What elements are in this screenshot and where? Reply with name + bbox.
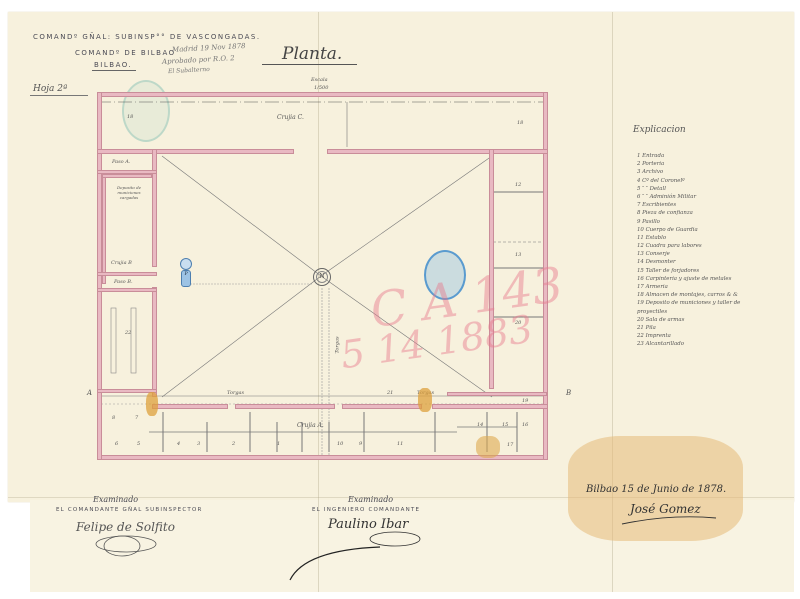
well-basin: P xyxy=(181,270,191,287)
label-deposito: Deposito de municiones cargadas xyxy=(109,185,149,200)
legend-item: 12 Cuadra para labores xyxy=(637,242,740,250)
room-number: 8 xyxy=(112,415,115,421)
plan-title: Planta. xyxy=(282,44,342,64)
room-number: 21 xyxy=(387,390,393,396)
deposito-wall xyxy=(102,174,106,284)
room-number: 6 xyxy=(115,441,118,447)
stain xyxy=(418,388,432,412)
deposito-wall xyxy=(102,174,152,178)
stain xyxy=(476,436,500,458)
crujia-a-wall xyxy=(432,404,548,409)
legend-item: 11 Establo xyxy=(637,234,740,242)
section-mark-a: A xyxy=(87,389,92,397)
room-number: 13 xyxy=(515,252,521,258)
legend-item: 21 Pila xyxy=(637,324,740,332)
legend-item: 19 Deposito de municiones y taller de xyxy=(637,299,740,307)
sheet-number: Hoja 2ª xyxy=(33,84,67,94)
legend-item: 4 Cº del Coronelº xyxy=(637,177,740,185)
room-number: 18 xyxy=(127,114,133,120)
underline xyxy=(92,70,136,71)
left-wing-inner-wall xyxy=(152,287,157,397)
left-signatory-role: EL COMANDANTE GÑAL SUBINSPECTOR xyxy=(56,507,203,513)
room-number: 18 xyxy=(517,120,523,126)
date-line: Bilbao 15 de Junio de 1878. xyxy=(586,484,726,495)
section-mark-b: B xyxy=(566,389,571,397)
legend-item: 15 Taller de forjadores xyxy=(637,267,740,275)
room-number: 10 xyxy=(337,441,343,447)
paso-b-wall xyxy=(97,272,157,276)
sheet-underline xyxy=(30,95,88,96)
label-paso-a: Paso A. xyxy=(112,159,131,165)
room-number: 9 xyxy=(359,441,362,447)
room-number: 15 xyxy=(502,422,508,428)
legend-list: 1 Entrada 2 Porteria 3 Archivo 4 Cº del … xyxy=(637,152,740,349)
room-number: 11 xyxy=(397,441,403,447)
legend-item: 6 ″ ″ Adminión Militar xyxy=(637,193,740,201)
legend-item: 9 Pasillo xyxy=(637,218,740,226)
legend-item: 7 Escribientes xyxy=(637,201,740,209)
legend-item: 10 Cuerpo de Guardia xyxy=(637,226,740,234)
legend-item: 13 Conserje xyxy=(637,250,740,258)
legend-item: 1 Entrada xyxy=(637,152,740,160)
legend-item: 5 ″ ″ Detall xyxy=(637,185,740,193)
scale-label: Escala xyxy=(311,77,328,83)
legend-item: 14 Desmonter xyxy=(637,258,740,266)
left-signature-flourish xyxy=(86,530,166,560)
label-crujia-a: Crujia A. xyxy=(297,422,324,429)
legend-item: 16 Carpinteria y ajuste de metales xyxy=(637,275,740,283)
crujia-a-wall xyxy=(342,404,422,409)
scale-value: 1/500 xyxy=(314,85,328,91)
room-number: 5 xyxy=(137,441,140,447)
header-city: BILBAO. xyxy=(94,61,132,69)
room-number: 14 xyxy=(477,422,483,428)
left-wing-inner-wall xyxy=(152,149,157,267)
compass-north-mark: N xyxy=(316,271,328,283)
room-number: 17 xyxy=(507,442,513,448)
room-number: 4 xyxy=(177,441,180,447)
legend-item: 2 Porteria xyxy=(637,160,740,168)
left-examined-heading: Examinado xyxy=(93,495,138,504)
crujia-a-wall xyxy=(152,404,228,409)
room-number: 19 xyxy=(522,398,528,404)
right-wing-south-wall xyxy=(447,392,547,396)
label-paso-b: Paso B. xyxy=(114,279,133,285)
well-icon xyxy=(180,258,192,270)
legend-item: 23 Alcantarillado xyxy=(637,340,740,348)
left-wing-wall xyxy=(97,149,157,154)
legend-item: 8 Pieza de confianza xyxy=(637,209,740,217)
stain xyxy=(146,392,158,416)
legend-item: 22 Imprenta xyxy=(637,332,740,340)
middle-signature-flourish xyxy=(285,525,425,585)
legend-item: 20 Sala de armas xyxy=(637,316,740,324)
room-number: 3 xyxy=(197,441,200,447)
room-number: 22 xyxy=(125,330,131,336)
legend-item: 18 Almacen de montajes, carros & & xyxy=(637,291,740,299)
header-command-line: COMANDº GÑAL: SUBINSP°° DE VASCONGADAS. xyxy=(33,33,261,41)
right-signature-flourish xyxy=(620,510,720,530)
legend-title: Explicacion xyxy=(633,125,686,135)
crujia-c-wall xyxy=(327,149,548,154)
room-number: 7 xyxy=(135,415,138,421)
paso-b-wall xyxy=(97,288,157,292)
label-crujia-c: Crujia C. xyxy=(277,114,304,121)
middle-examined-heading: Examinado xyxy=(348,495,393,504)
header-bilbao-command: COMANDº DE BILBAO xyxy=(75,49,176,57)
legend-item: proyectiles xyxy=(637,308,740,316)
room-number: 16 xyxy=(522,422,528,428)
label-torgas: Torgas xyxy=(227,390,244,396)
room-number: 1 xyxy=(277,441,280,447)
room-number: 12 xyxy=(515,182,521,188)
middle-signatory-role: EL INGENIERO COMANDANTE xyxy=(312,507,420,513)
label-crujia-b: Crujia B xyxy=(111,260,132,266)
crujia-a-wall xyxy=(235,404,335,409)
north-wall xyxy=(97,92,548,97)
title-underline xyxy=(262,64,357,65)
legend-item: 3 Archivo xyxy=(637,168,740,176)
room-number: 2 xyxy=(232,441,235,447)
legend-item: 17 Armeria xyxy=(637,283,740,291)
